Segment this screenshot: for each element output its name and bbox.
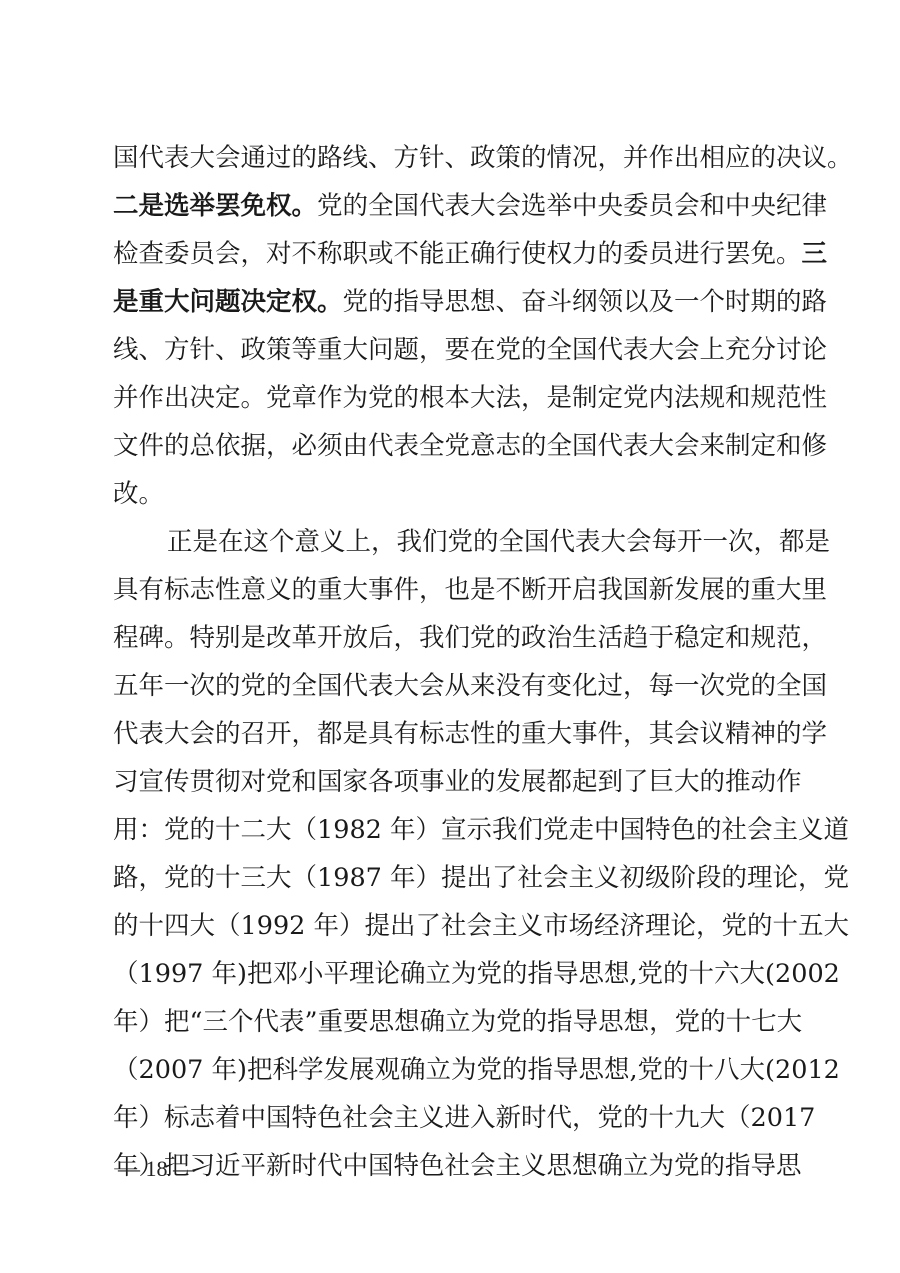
text-segment: 党的指导思想、奋斗纲领以及一个时期的路 (343, 287, 828, 317)
text-line: 文件的总依据，必须由代表全党意志的全国代表大会来制定和修 (113, 422, 789, 470)
text-segment: 路，党的十三大（1987 年）提出了社会主义初级阶段的理论，党 (113, 863, 849, 893)
text-line: 代表大会的召开，都是具有标志性的重大事件，其会议精神的学 (113, 710, 789, 758)
text-line: （2007 年)把科学发展观确立为党的指导思想,党的十八大(2012 (113, 1046, 789, 1094)
text-line: 国代表大会通过的路线、方针、政策的情况，并作出相应的决议。 (113, 134, 789, 182)
page-number: — 18 — (118, 1156, 195, 1182)
text-line: 的十四大（1992 年）提出了社会主义市场经济理论，党的十五大 (113, 902, 789, 950)
text-line: 二是选举罢免权。党的全国代表大会选举中央委员会和中央纪律 (113, 182, 789, 230)
text-segment: 年）把习近平新时代中国特色社会主义思想确立为党的指导思 (113, 1151, 802, 1181)
text-segment: 代表大会的召开，都是具有标志性的重大事件，其会议精神的学 (113, 719, 827, 749)
text-line: 习宣传贯彻对党和国家各项事业的发展都起到了巨大的推动作 (113, 758, 789, 806)
text-segment: 国代表大会通过的路线、方针、政策的情况，并作出相应的决议。 (113, 143, 853, 173)
text-line: 是重大问题决定权。党的指导思想、奋斗纲领以及一个时期的路 (113, 278, 789, 326)
text-line: 线、方针、政策等重大问题，要在党的全国代表大会上充分讨论 (113, 326, 789, 374)
text-segment: 习宣传贯彻对党和国家各项事业的发展都起到了巨大的推动作 (113, 767, 802, 797)
bold-heading-decision-power-start: 三 (802, 239, 828, 269)
text-line: 路，党的十三大（1987 年）提出了社会主义初级阶段的理论，党 (113, 854, 789, 902)
text-segment: 改。 (113, 479, 164, 509)
text-segment: 线、方针、政策等重大问题，要在党的全国代表大会上充分讨论 (113, 335, 827, 365)
text-line: 正是在这个意义上，我们党的全国代表大会每开一次，都是 (167, 518, 789, 566)
text-segment: （1997 年)把邓小平理论确立为党的指导思想,党的十六大(2002 (113, 959, 840, 989)
text-segment: 用：党的十二大（1982 年）宣示我们党走中国特色的社会主义道 (113, 815, 849, 845)
text-line: 程碑。特别是改革开放后，我们党的政治生活趋于稳定和规范， (113, 614, 789, 662)
bold-heading-decision-power: 是重大问题决定权。 (113, 287, 343, 317)
text-line: 具有标志性意义的重大事件，也是不断开启我国新发展的重大里 (113, 566, 789, 614)
text-segment: 正是在这个意义上，我们党的全国代表大会每开一次，都是 (167, 527, 830, 557)
text-segment: 并作出决定。党章作为党的根本大法，是制定党内法规和规范性 (113, 383, 827, 413)
text-segment: 检查委员会，对不称职或不能正确行使权力的委员进行罢免。 (113, 239, 802, 269)
text-line: 年）标志着中国特色社会主义进入新时代，党的十九大（2017 (113, 1094, 789, 1142)
bold-heading-election-power: 二是选举罢免权。 (113, 191, 317, 221)
document-page: 国代表大会通过的路线、方针、政策的情况，并作出相应的决议。 二是选举罢免权。党的… (0, 0, 900, 1273)
text-segment: （2007 年)把科学发展观确立为党的指导思想,党的十八大(2012 (113, 1055, 840, 1085)
text-segment: 具有标志性意义的重大事件，也是不断开启我国新发展的重大里 (113, 575, 827, 605)
text-segment: 年）把“三个代表”重要思想确立为党的指导思想，党的十七大 (113, 1007, 802, 1037)
text-segment: 五年一次的党的全国代表大会从来没有变化过，每一次党的全国 (113, 671, 827, 701)
text-line: 五年一次的党的全国代表大会从来没有变化过，每一次党的全国 (113, 662, 789, 710)
text-segment: 党的全国代表大会选举中央委员会和中央纪律 (317, 191, 827, 221)
text-line: 检查委员会，对不称职或不能正确行使权力的委员进行罢免。三 (113, 230, 789, 278)
text-line: 年）把“三个代表”重要思想确立为党的指导思想，党的十七大 (113, 998, 789, 1046)
text-segment: 程碑。特别是改革开放后，我们党的政治生活趋于稳定和规范， (113, 623, 827, 653)
text-line: 改。 (113, 470, 789, 518)
text-line: 年）把习近平新时代中国特色社会主义思想确立为党的指导思 (113, 1142, 789, 1190)
text-line: 并作出决定。党章作为党的根本大法，是制定党内法规和规范性 (113, 374, 789, 422)
text-segment: 的十四大（1992 年）提出了社会主义市场经济理论，党的十五大 (113, 911, 849, 941)
text-line: 用：党的十二大（1982 年）宣示我们党走中国特色的社会主义道 (113, 806, 789, 854)
text-segment: 文件的总依据，必须由代表全党意志的全国代表大会来制定和修 (113, 431, 827, 461)
text-segment: 年）标志着中国特色社会主义进入新时代，党的十九大（2017 (113, 1103, 815, 1133)
text-line: （1997 年)把邓小平理论确立为党的指导思想,党的十六大(2002 (113, 950, 789, 998)
